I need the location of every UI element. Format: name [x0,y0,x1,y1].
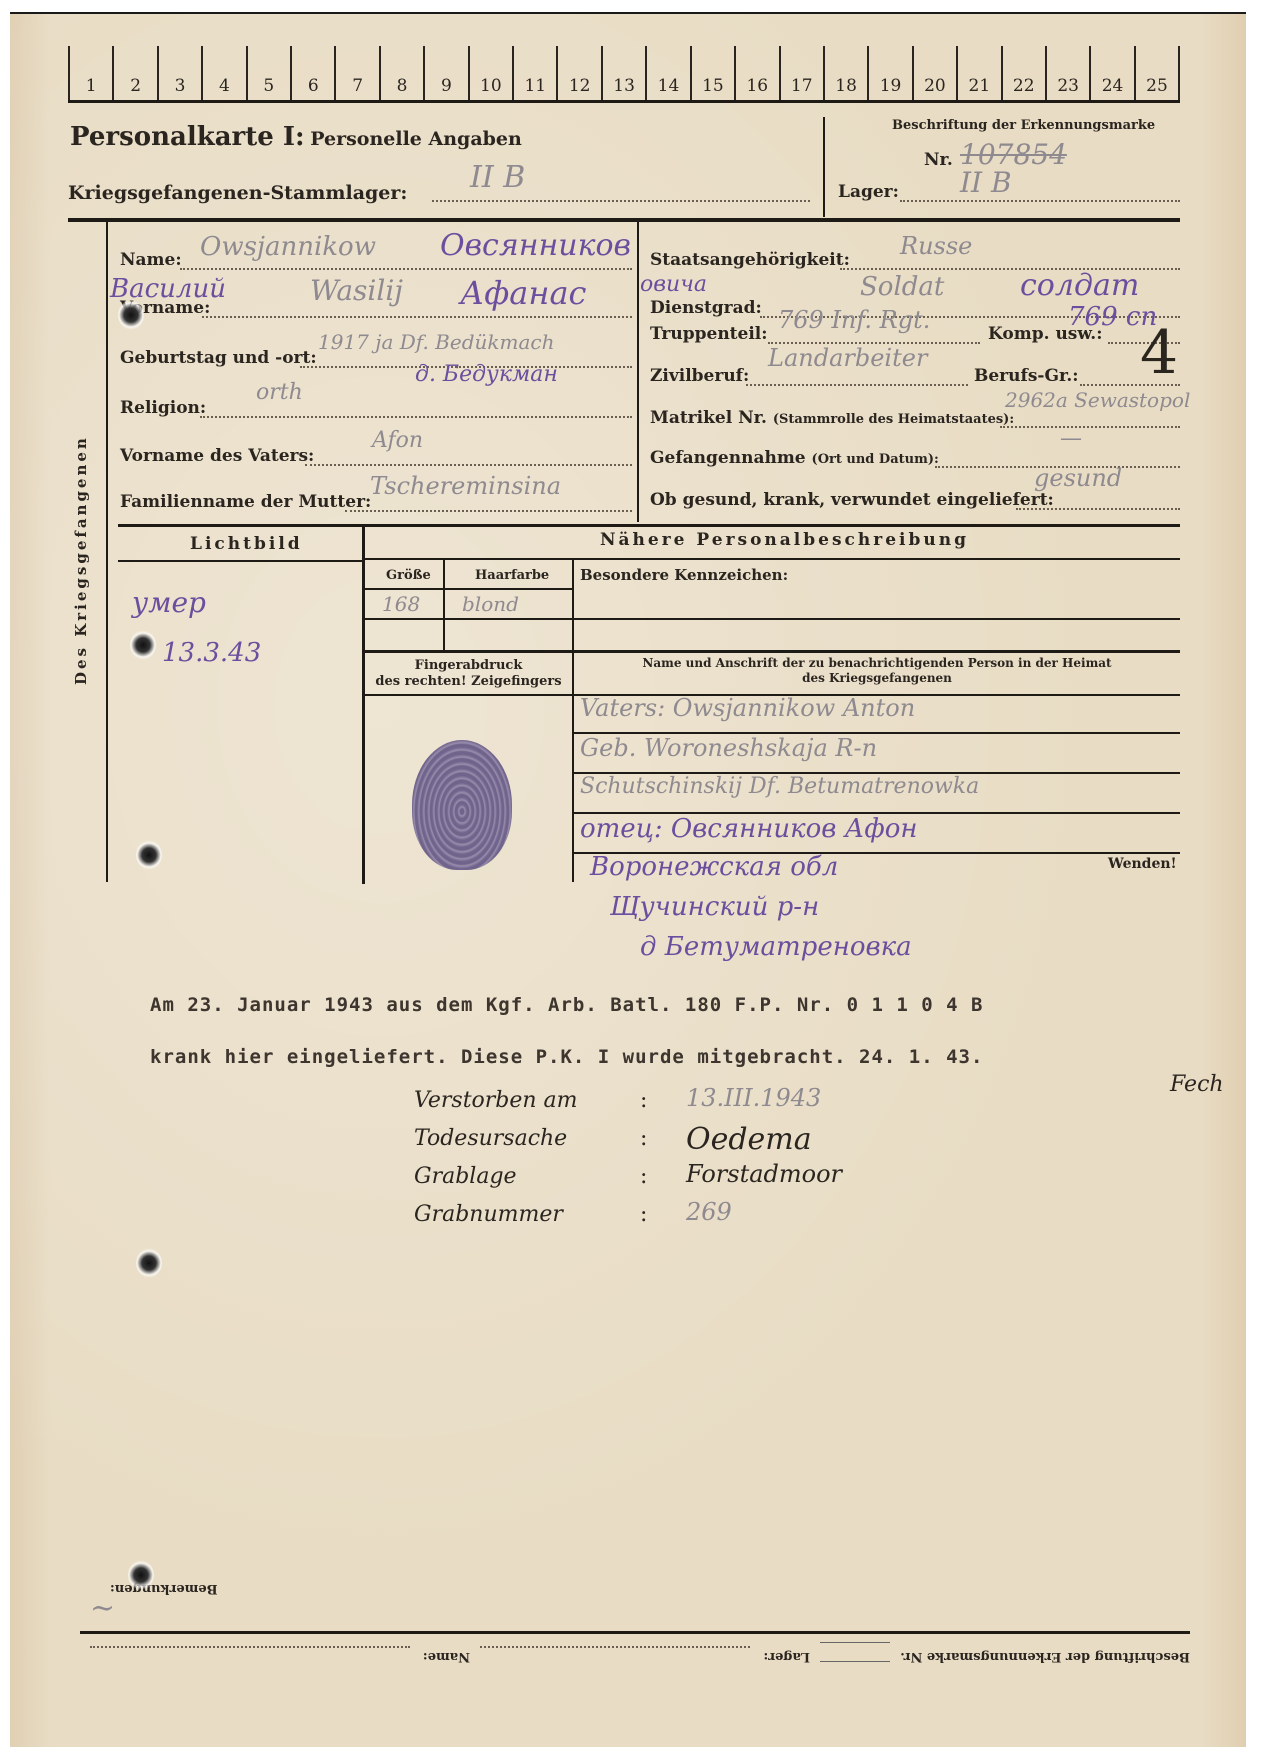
geburt-value: 1917 ja Df. Bedükmach [318,330,554,354]
wenden-label: Wenden! [1108,856,1177,872]
matrikel-label: Matrikel Nr. (Stammrolle des Heimatstaat… [650,408,1014,428]
strip-cell: 19 [867,46,911,100]
anschrift-line-3: Schutschinskij Df. Betumatrenowka [580,774,979,799]
kennzeichen-label: Besondere Kennzeichen: [580,566,788,584]
lager-label: Lager: [838,182,899,202]
vater-label: Vorname des Vaters: [120,446,314,466]
title-sub: Personelle Angaben [310,128,522,150]
truppenteil-label: Truppenteil: [650,324,768,344]
punch-hole [130,630,156,660]
anschrift-line-6: Щучинский р-н [610,892,819,922]
strip-cell: 16 [734,46,778,100]
stammlager-value: II B [470,160,525,195]
strip-cell: 13 [601,46,645,100]
strip-cell: 1 [68,46,112,100]
name-label: Name: [120,250,182,270]
vorname-value-latin: Wasilij [310,274,403,307]
staat-label: Staatsangehörigkeit: [650,250,850,270]
strip-cell: 15 [690,46,734,100]
matrikel-label-text: Matrikel Nr. [650,408,767,428]
dienstgrad-label: Dienstgrad: [650,298,762,318]
matrikel-value: 2962a Sewastopol [1005,388,1190,412]
strip-cell: 9 [423,46,467,100]
strip-cell: 17 [779,46,823,100]
card-title: Personalkarte I: Personelle Angaben [70,122,522,152]
strip-cell: 21 [956,46,1000,100]
fingerprint-image [412,740,512,870]
typed-signature: Fech [1170,1072,1224,1097]
death-row-colon: : [640,1164,647,1189]
haarfarbe-value: blond [462,592,519,616]
zivilberuf-label: Zivilberuf: [650,366,749,386]
anschrift-line-5: Воронежская обл [590,852,838,882]
gesund-value: gesund [1034,464,1122,492]
dienstgrad-value: Soldat [860,272,944,302]
anschrift-line-7: д Бетуматреновка [640,932,912,962]
mutter-value: Tschereminsina [370,472,561,500]
death-row-label: Grablage [414,1164,517,1189]
strip-cell: 18 [823,46,867,100]
groesse-value: 168 [382,592,420,616]
anschrift-label: Name und Anschrift der zu benachrichtige… [574,656,1180,686]
anschrift-line-2: Geb. Woroneshskaja R-n [580,734,877,762]
strip-cell: 7 [334,46,378,100]
footer-lager-label: Lager: [763,1649,810,1664]
anschrift-line-4: отец: Овсянников Афон [580,814,917,844]
staat-value: Russe [900,232,972,260]
typed-line-1: Am 23. Januar 1943 aus dem Kgf. Arb. Bat… [150,994,983,1016]
mutter-label: Familienname der Mutter: [120,492,371,512]
truppenteil-value: 769 Inf. Rgt. [778,306,930,334]
haarfarbe-label: Haarfarbe [475,568,549,583]
gesund-label: Ob gesund, krank, verwundet eingeliefert… [650,490,1054,510]
lichtbild-note-2: 13.3.43 [162,638,261,668]
death-row-colon: : [640,1202,647,1227]
finger-label-1: Fingerabdruck [364,658,573,674]
strip-cell: 10 [468,46,512,100]
nr-label: Nr. [924,150,953,170]
strip-cell: 5 [246,46,290,100]
beschreibung-header: Nähere Personalbeschreibung [600,530,969,550]
bemerkungen-signature: ~ [90,1591,115,1626]
strip-cell: 8 [379,46,423,100]
footer-name-label: Name: [423,1649,470,1664]
vater-value: Afon [372,428,423,453]
bemerkungen-label: Bemerkungen: [110,1581,218,1596]
death-row-value: Forstadmoor [686,1160,842,1188]
gefangennahme-sub: (Ort und Datum): [812,452,939,467]
footer-erkennung-lines [820,1642,890,1662]
strip-cell: 23 [1045,46,1089,100]
matrikel-sub: (Stammrolle des Heimatstaates): [773,412,1014,427]
death-row-value: 13.III.1943 [686,1084,821,1112]
dienstgrad-value-cyrillic: солдат [1020,268,1139,303]
death-row-value: 269 [686,1198,732,1226]
lichtbild-note-1: умер [132,586,206,619]
punch-hole [118,300,144,330]
strip-cell: 24 [1089,46,1133,100]
finger-label-2: des rechten! Zeigefingers [364,674,573,690]
vorname-value-cyrillic2: Афанас [460,274,586,312]
anschrift-label-2: des Kriegsgefangenen [574,671,1180,686]
finger-label: Fingerabdruck des rechten! Zeigefingers [364,658,573,690]
strip-cell: 22 [1001,46,1045,100]
lager-value: II B [960,166,1012,199]
anschrift-line-1: Vaters: Owsjannikow Anton [580,694,915,722]
berufs-value: 4 [1140,318,1178,388]
death-row-value: Oedema [686,1122,812,1157]
death-row-label: Grabnummer [414,1202,563,1227]
gefangennahme-label-text: Gefangennahme [650,448,806,468]
title-main: Personalkarte I: [70,122,305,152]
footer-upside-down: Bemerkungen: ~ Beschriftung der Erkennun… [80,1570,1190,1670]
dienstgrad-cyrillic-prefix: овича [640,272,707,297]
death-row-label: Verstorben am [414,1088,578,1113]
strip-cell: 11 [512,46,556,100]
death-row-colon: : [640,1126,647,1151]
stammlager-label: Kriegsgefangenen-Stammlager: [68,182,407,204]
groesse-label: Größe [386,568,431,583]
footer-erkennung-label: Beschriftung der Erkennungsmarke Nr. [900,1649,1190,1664]
death-row-label: Todesursache [414,1126,567,1151]
berufs-label: Berufs-Gr.: [974,366,1079,386]
name-value-latin: Owsjannikow [200,232,376,262]
punch-hole [136,1248,162,1278]
anschrift-label-1: Name und Anschrift der zu benachrichtige… [574,656,1180,671]
erkennungsmarke-label: Beschriftung der Erkennungsmarke [892,118,1155,133]
strip-cell: 2 [112,46,156,100]
strip-cell: 6 [290,46,334,100]
punch-hole [128,1560,154,1590]
strip-cell: 20 [912,46,956,100]
punch-hole [136,840,162,870]
strip-cell: 14 [645,46,689,100]
zivilberuf-value: Landarbeiter [768,344,927,372]
typed-line-2: krank hier eingeliefert. Diese P.K. I wu… [150,1046,983,1068]
geburt-label: Geburtstag und -ort: [120,348,317,368]
religion-value: orth [256,380,303,405]
religion-label: Religion: [120,398,206,418]
lichtbild-header: Lichtbild [190,534,303,554]
strip-cell: 4 [201,46,245,100]
strip-cell: 25 [1134,46,1180,100]
side-label: Des Kriegsgefangenen [72,410,96,710]
gefangennahme-value: — [1060,426,1082,451]
death-row-colon: : [640,1088,647,1113]
strip-cell: 12 [556,46,600,100]
geburt-value-cyrillic: д. Бедукман [415,362,558,387]
number-strip: 1234567891011121314151617181920212223242… [68,46,1180,103]
gefangennahme-label: Gefangennahme (Ort und Datum): [650,448,939,468]
strip-cell: 3 [157,46,201,100]
name-value-cyrillic: Овсянников [440,228,631,263]
